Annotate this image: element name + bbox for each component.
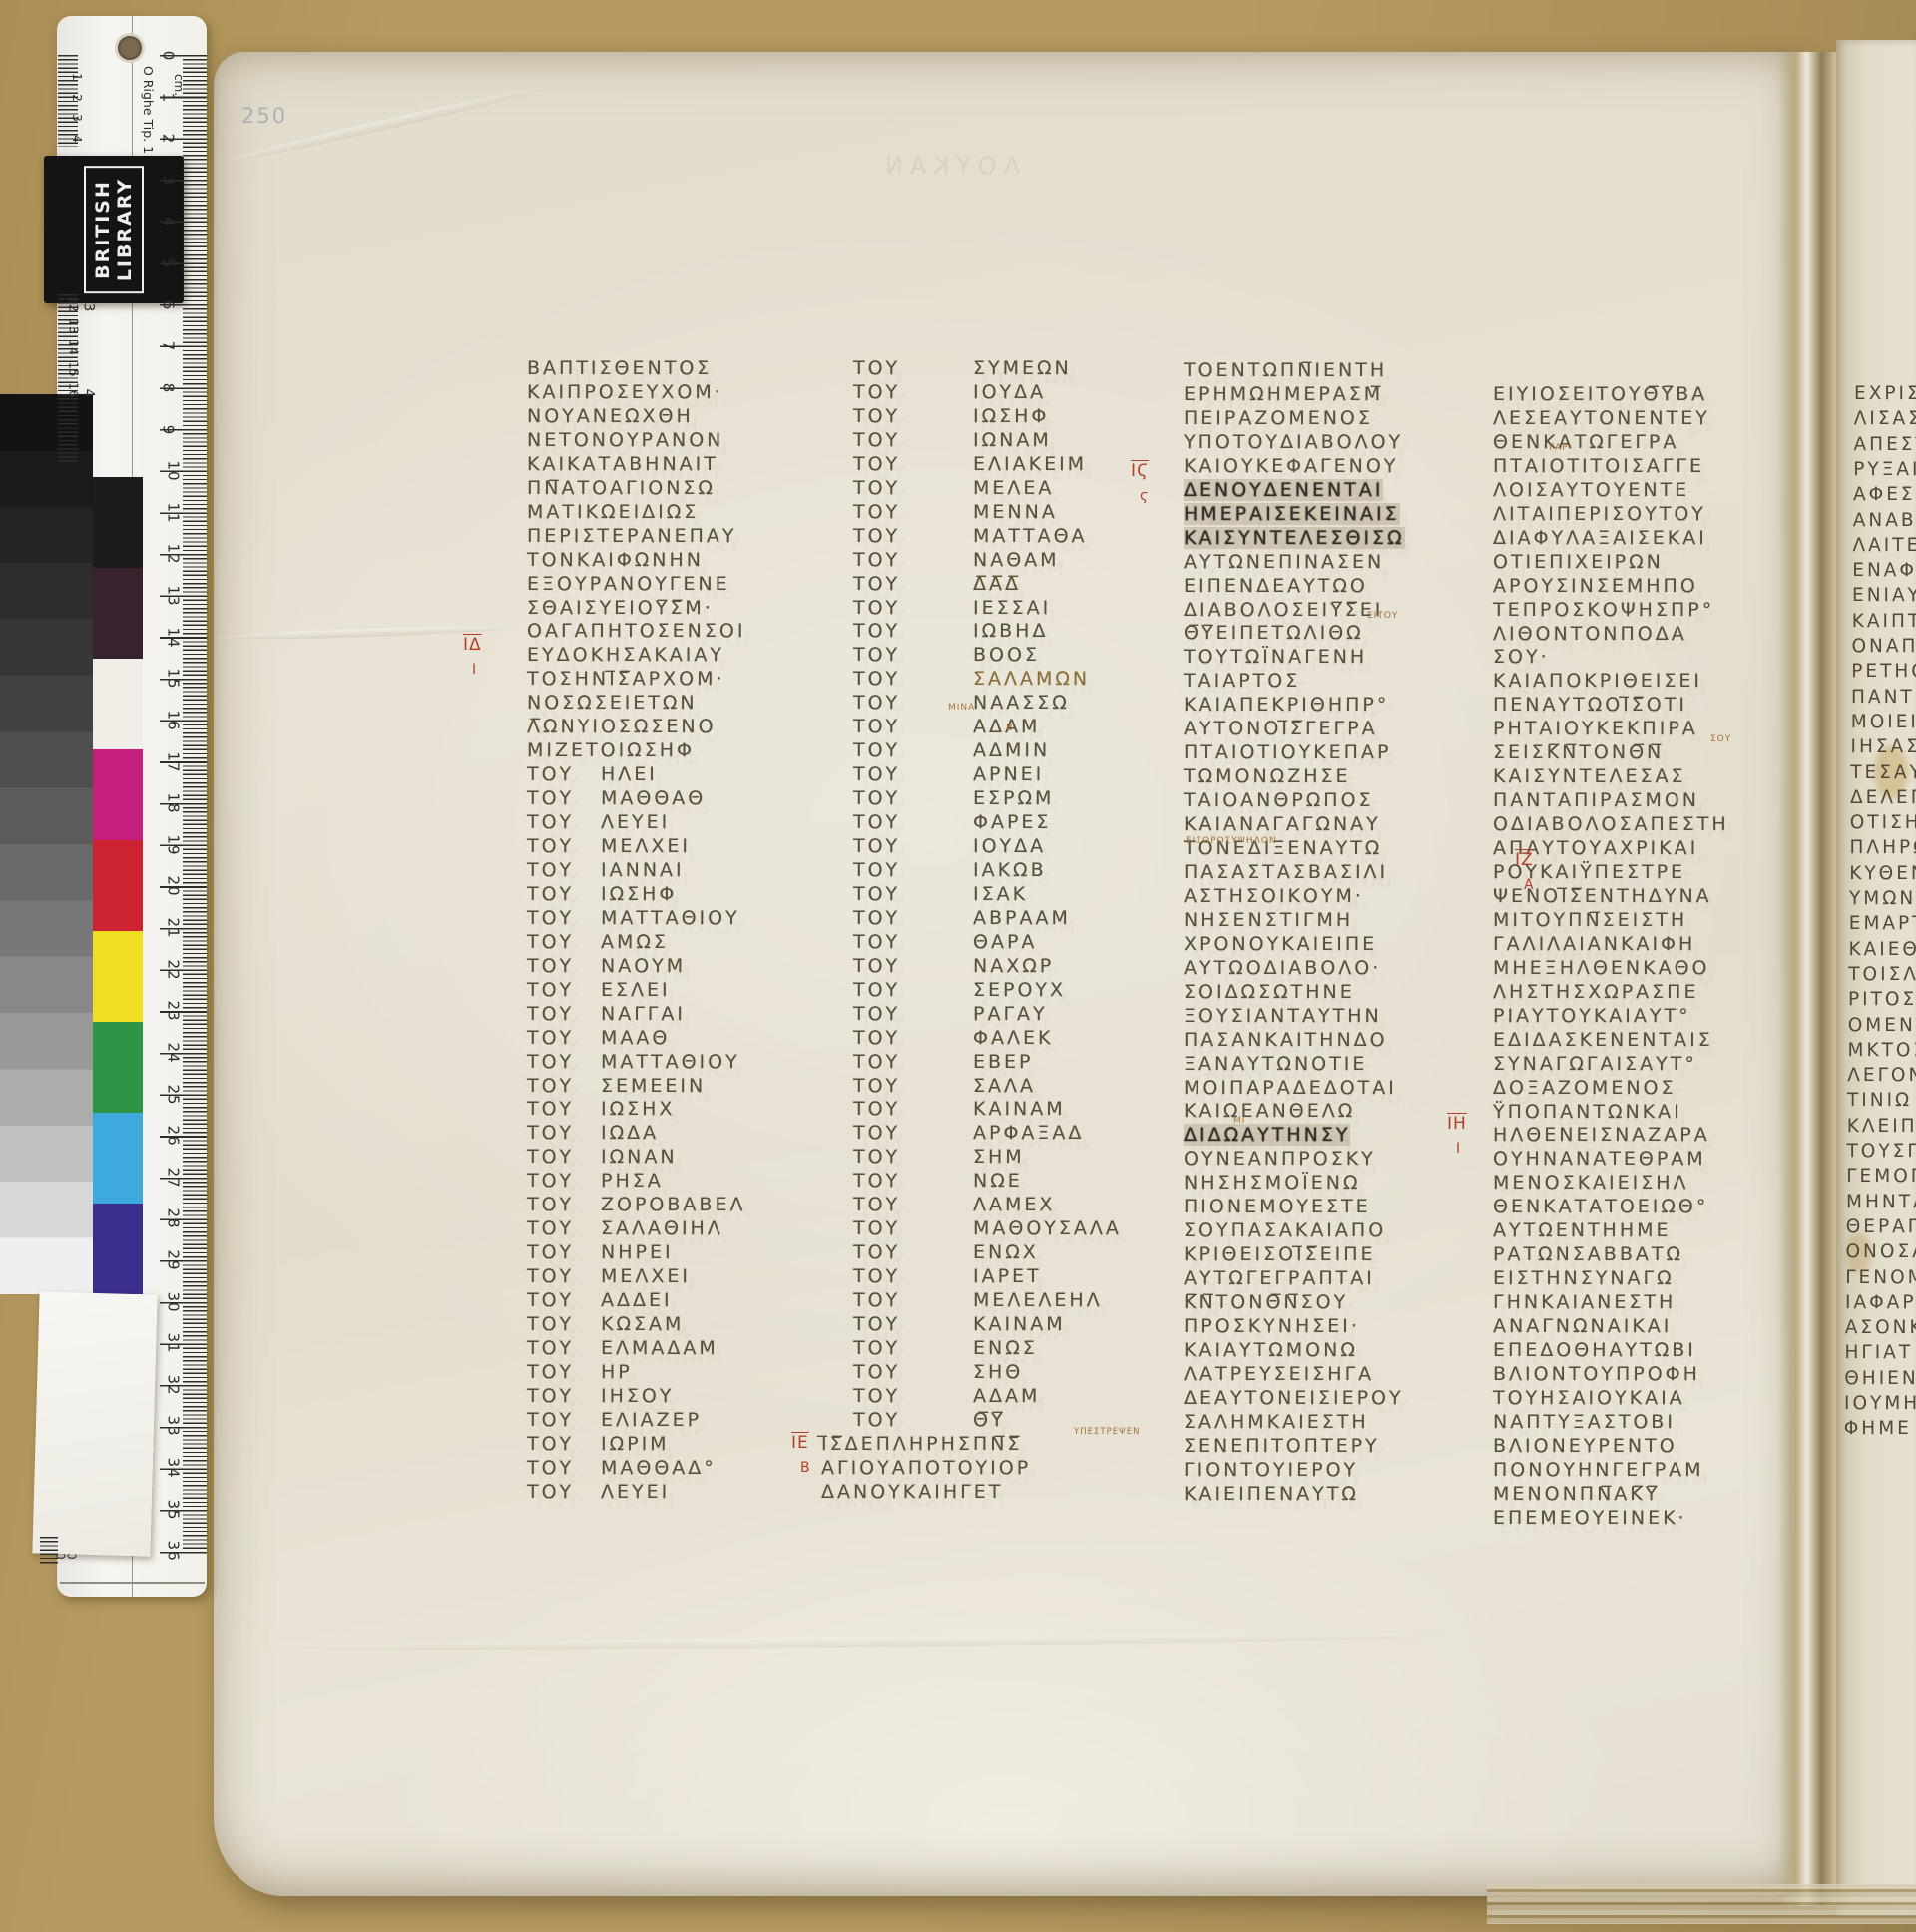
manuscript-text-line: ΤΟΥΗΡ xyxy=(527,1361,574,1383)
manuscript-text-line: ΕΙΥΙΟΣΕΙΤΟΥΘ̅Υ̅ΒΑ xyxy=(1493,383,1707,405)
next-folio-text-fragment: ΤΟΙΣΛΟ xyxy=(1848,964,1916,985)
manuscript-text-line: ΛΕΣΕΑΥΤΟΝΕΝΤΕΥ xyxy=(1493,407,1710,429)
manuscript-text-line: ΤΟΥΘΑΡΑ xyxy=(853,931,900,953)
manuscript-text-line: ΤΟΥΗΣΑΙΟΥΚΑΙΑ xyxy=(1493,1387,1685,1409)
manuscript-text-line: ΤΟΥΡΗΣΑ xyxy=(527,1170,574,1192)
next-folio-text-fragment: ΦΗΜΕ xyxy=(1844,1418,1912,1439)
grayscale-wedge xyxy=(0,394,93,1294)
manuscript-text-line: ΤΟΥΜΑΘΟΥΣΑΛΑ xyxy=(853,1217,900,1239)
color-patch xyxy=(93,1113,143,1204)
next-folio-text-fragment: ΛΑΙΤΕΘ xyxy=(1853,535,1916,556)
next-folio-text-fragment: ΡΙΤΟΣΤ xyxy=(1848,989,1916,1010)
manuscript-text-line: ΝΗΣΗΣΜΟΪΕΝΩ xyxy=(1184,1172,1361,1194)
manuscript-text-line: ΤΟΥΡΑΓΑΥ xyxy=(853,1003,900,1025)
british-library-label-text: BRITISHLIBRARY xyxy=(84,166,144,293)
manuscript-text-line: ΤΟΥΜΕΝΝΑ xyxy=(853,501,900,523)
manuscript-text-line: Λ̅ΩΝΥΙΟΣΩΣΕΝΟ xyxy=(527,716,717,737)
next-folio-text-fragment: ΗΓΙΑΤ xyxy=(1845,1342,1914,1363)
manuscript-text-line: ΚΑΙΑΥΤΩΜΟΝΩ xyxy=(1184,1339,1358,1361)
ruler-cm-number: 18 xyxy=(165,793,183,814)
color-patch xyxy=(93,568,143,659)
ruler-left-number: 2 xyxy=(70,94,84,102)
next-folio-text-fragment: ΕΧΡΙΣΕ xyxy=(1854,383,1916,404)
ruler-left-segment-number: 3 xyxy=(80,303,96,312)
manuscript-photo: O Righe Tip. 1 2080 BRITISHLIBRARY ΒΑΠΤΙ… xyxy=(0,0,1916,1932)
next-folio-text-fragment: ΑΝΑΒΛ xyxy=(1853,510,1916,531)
ruler-left-number: 12 xyxy=(67,296,81,311)
ruler-cm-number: 20 xyxy=(165,876,183,897)
next-folio-text-fragment: ΤΙΝΙΩ xyxy=(1847,1090,1912,1111)
manuscript-text-line: ΓΗΝΚΑΙΑΝΕΣΤΗ xyxy=(1493,1291,1676,1313)
manuscript-text-line: ΤΟΥΚΑΙΝΑΜ xyxy=(853,1098,900,1120)
manuscript-text-line: ΤΟΥΣΗΜ xyxy=(853,1146,900,1168)
eusebian-canon-number: Β xyxy=(800,1460,810,1476)
manuscript-text-line: ΤΟΥΙΑΝΝΑΙ xyxy=(527,859,574,881)
manuscript-text-line: ΑΣΤΗΣΟΙΚΟΥΜ· xyxy=(1184,885,1364,907)
manuscript-text-line: ΤΟΥΙΩΣΗΦ xyxy=(527,883,574,905)
manuscript-text-line: ΣΕΝΕΠΙΤΟΠΤΕΡΥ xyxy=(1184,1435,1380,1457)
manuscript-text-line: ΤΟΥΕΛΙΑΖΕΡ xyxy=(527,1409,574,1431)
ruler-left-number: 4 xyxy=(70,135,84,143)
manuscript-text-line: ΤΟΥΙΩΔΑ xyxy=(527,1122,574,1144)
show-through-running-title: ΛΟΥΚΑΝ xyxy=(878,152,1020,180)
manuscript-text-line: ΔΙΔΩΑΥΤΗΝΣΥ xyxy=(1184,1124,1350,1146)
manuscript-text-line: ΠΑΣΑΝΚΑΙΤΗΝΔΟ xyxy=(1184,1029,1388,1051)
next-folio-text-fragment: ΛΕΓΟΝ xyxy=(1847,1065,1916,1086)
ruler-cm-number: 14 xyxy=(165,627,183,648)
next-folio-text-fragment: ΤΟΥΣΠΑ xyxy=(1847,1141,1916,1162)
manuscript-text-line: ΤΟΥΜΑΘΘΑΔ° xyxy=(527,1457,574,1479)
manuscript-text-line: ΤΟΥΙΩΒΗΔ xyxy=(853,620,900,642)
manuscript-text-line: ΤΟΥΕΣΡΩΜ xyxy=(853,787,900,809)
manuscript-text-line: ΜΕΝΟΝΠΝ̅ΑΚ̅Υ̅ xyxy=(1493,1483,1660,1505)
ruler-cm-number: 3 xyxy=(159,176,177,187)
manuscript-text-line: ΑΡΟΥΣΙΝΣΕΜΗΠΟ xyxy=(1493,575,1698,597)
ruler-cm-number: 35 xyxy=(165,1499,183,1520)
manuscript-text-line: ΚΑΙΟΥΚΕΦΑΓΕΝΟΥ xyxy=(1184,455,1398,477)
ruler-left-label: O Righe Tip. 1 xyxy=(141,66,156,80)
ruler-cm-number: 8 xyxy=(159,383,177,394)
next-folio-text-fragment: ΚΛΕΙΠ xyxy=(1847,1116,1916,1137)
manuscript-text-line: ΑΥΤΩΝΕΠΙΝΑΣΕΝ xyxy=(1184,551,1384,573)
manuscript-text-line: ΚΑΙΚΑΤΑΒΗΝΑΙΤ xyxy=(527,453,718,475)
ruler-cm-number: 15 xyxy=(165,669,183,690)
ruler-left-number: 14 xyxy=(67,339,81,354)
ruler-cm-number: 27 xyxy=(165,1167,183,1188)
ruler-cm-number: 21 xyxy=(165,917,183,938)
manuscript-text-line: ΜΙΖΕΤΟΙΩΣΗΦ xyxy=(527,739,695,761)
manuscript-text-line: ΒΛΙΟΝΤΟΥΠΡΟΦΗ xyxy=(1493,1363,1700,1385)
manuscript-text-line: ΝΗΣΕΝΣΤΙΓΜΗ xyxy=(1184,909,1353,931)
ruler-cm-number: 13 xyxy=(165,586,183,607)
manuscript-text-line: ΜΑΤΙΚΩΕΙΔΙΩΣ xyxy=(527,501,699,523)
manuscript-text-line: ΠΤΑΙΟΤΙΤΟΙΣΑΓΓΕ xyxy=(1493,455,1704,477)
manuscript-text-line: ΤΟΥΙΟΥΔΑ xyxy=(853,835,900,857)
color-patch xyxy=(93,1022,143,1113)
manuscript-text-line: ΘΕΝΚΑΤΑΤΟΕΙΩΘ° xyxy=(1493,1196,1708,1217)
eusebian-section-number: ΙΔ xyxy=(463,635,482,655)
manuscript-text-line: ΜΗΕΞΗΛΘΕΝΚΑΘΟ xyxy=(1493,957,1710,979)
ruler-cm-number: 22 xyxy=(165,959,183,980)
next-folio-text-fragment: ΘΕΡΑΠΕ xyxy=(1846,1216,1916,1237)
manuscript-text-line: ΤΟΥΕΝΩΣ xyxy=(853,1337,900,1359)
manuscript-text-line: ΕΙΣΤΗΝΣΥΝΑΓΩ xyxy=(1493,1267,1675,1289)
manuscript-text-line: ΟΥΝΕΑΝΠΡΟΣΚΥ xyxy=(1184,1148,1376,1170)
manuscript-text-line: ΟΤΙΕΠΙΧΕΙΡΩΝ xyxy=(1493,551,1664,573)
ruler-cm-number: 33 xyxy=(165,1416,183,1437)
manuscript-text-line: ΤΟΥΙΩΡΙΜ xyxy=(527,1433,574,1455)
next-folio-text-fragment: ΚΑΙΠΤ xyxy=(1852,611,1916,632)
manuscript-text-line: ΤΟΥΜΕΛΕΑ xyxy=(853,477,900,499)
manuscript-text-line: ΕΔΙΔΑΣΚΕΝΕΝΤΑΙΣ xyxy=(1493,1029,1713,1051)
manuscript-text-line: ΤΟΥΙΟΥΔΑ xyxy=(853,381,900,403)
manuscript-text-line: ΡΗΤΑΙΟΥΚΕΚΠΙΡΑ xyxy=(1493,718,1698,739)
manuscript-text-line: ΚΑΙΑΠΟΚΡΙΘΕΙΣΕΙ xyxy=(1493,670,1702,692)
manuscript-text-line: ΣΘΑΙΣΥΕΙΟΥ̅Σ̅Μ· xyxy=(527,597,714,619)
ruler-left-number: 16 xyxy=(67,382,81,397)
manuscript-text-line: ΤΟΥΙΑΡΕΤ xyxy=(853,1265,900,1287)
manuscript-text-line: ΕΡΗΜΩΗΜΕΡΑΣΜ̅ xyxy=(1184,383,1383,405)
manuscript-text-line: ΛΙΤΑΙΠΕΡΙΣΟΥΤΟΥ xyxy=(1493,503,1706,525)
ruler-unit-label: cm. xyxy=(172,74,186,96)
manuscript-text-line: ΤΟΥΔ̅Α̅Δ̅ xyxy=(853,573,900,595)
corrector-note: ΥΠΕΣΤΡΕΨΕΝ xyxy=(1074,1427,1140,1437)
manuscript-text-line: ΤΟΥΑΜΩΣ xyxy=(527,931,574,953)
manuscript-text-line: ΤΟΥΜΕΛΧΕΙ xyxy=(527,1265,574,1287)
next-folio-text-fragment: ΑΣΟΝΚ xyxy=(1845,1317,1916,1338)
manuscript-text-line: ΜΕΝΟΣΚΑΙΕΙΣΗΛ xyxy=(1493,1172,1689,1194)
manuscript-text-line: ΤΟΥΕΣΛΕΙ xyxy=(527,979,574,1001)
manuscript-text-line: ΔΙΑΒΟΛΟΣΕΙΥ̅Σ̅ΕΙ xyxy=(1184,599,1383,621)
next-folio-text-fragment: ΚΥΘΕΝ xyxy=(1849,863,1916,884)
manuscript-text-line: ΞΑΝΑΥΤΩΝΟΤΙΕ xyxy=(1184,1053,1367,1075)
manuscript-text-line: ΤΟΥΣΕΜΕΕΙΝ xyxy=(527,1075,574,1097)
manuscript-text-line: ΤΟΥΙΩΣΗΦ xyxy=(853,405,900,427)
manuscript-text-line: ΠΕΙΡΑΖΟΜΕΝΟΣ xyxy=(1184,407,1373,429)
manuscript-text-line: ΤΟΥΑΔΑΜ xyxy=(853,1385,900,1407)
manuscript-text-line: ΠΕΝΑΥΤΩΟΙ̅Σ̅ΟΤΙ xyxy=(1493,694,1687,716)
manuscript-text-line: ΔΕΑΥΤΟΝΕΙΣΙΕΡΟΥ xyxy=(1184,1387,1404,1409)
manuscript-text-line: ΑΥΤΟΝΟΙ̅Σ̅ΓΕΓΡΑ xyxy=(1184,718,1378,739)
manuscript-text-line: ΣΟΥΠΑΣΑΚΑΙΑΠΟ xyxy=(1184,1219,1386,1241)
eusebian-canon-number: ϛ xyxy=(1140,488,1148,504)
ruler-cm-number: 9 xyxy=(159,424,177,435)
manuscript-text-line: ΕΙΠΕΝΔΕΑΥΤΩΟ xyxy=(1184,575,1368,597)
manuscript-text-line: ΛΙΘΟΝΤΟΝΠΟΔΑ xyxy=(1493,623,1687,645)
manuscript-text-line: ΤΕΠΡΟΣΚΟΨΗΣΠΡ° xyxy=(1493,599,1714,621)
manuscript-text-line: ΤΟΥΙΩΣΗΧ xyxy=(527,1098,574,1120)
manuscript-text-line: ΤΩΜΟΝΩΖΗΣΕ xyxy=(1184,765,1351,787)
manuscript-text-line: ΤΟΕΝΤΩΠΝ̅ΙΕΝΤΗ xyxy=(1184,359,1387,381)
manuscript-text-line: ΤΟΥΜΑΤΤΑΘΙΟΥ xyxy=(527,1051,574,1073)
manuscript-text-line: ΤΟΥΙΕΣΣΑΙ xyxy=(853,597,900,619)
manuscript-text-line: ΣΕΙΣΚ̅Ν̅ΤΟΝΘ̅Ν̅ xyxy=(1493,741,1664,763)
corrector-note: ΕΙΣΟΡΟΣΥΨΗΛΟΝ xyxy=(1186,836,1277,846)
manuscript-text-line: ΤΟΥΙΗΣΟΥ xyxy=(527,1385,574,1407)
next-folio-text-fragment: ΔΕΛΕΓΙ xyxy=(1850,787,1916,808)
manuscript-text-line: ΤΟΥΝΗΡΕΙ xyxy=(527,1241,574,1263)
manuscript-text-line: ΛΟΙΣΑΥΤΟΥΕΝΤΕ xyxy=(1493,479,1689,501)
next-folio-text-fragment: ΜΚΤΟΣΑ xyxy=(1848,1040,1916,1061)
manuscript-text-line: ΝΑΠΤΥΞΑΣΤΟΒΙ xyxy=(1493,1411,1676,1433)
manuscript-text-line: ΚΑΙΕΙΠΕΝΑΥΤΩ xyxy=(1184,1483,1359,1505)
ruler-cm-number: 10 xyxy=(165,461,183,482)
stacked-page-edges xyxy=(1487,1884,1916,1924)
ruler-cm-number: 28 xyxy=(165,1208,183,1229)
manuscript-text-line: ΑΥΤΩΓΕΓΡΑΠΤΑΙ xyxy=(1184,1267,1375,1289)
ruler-cm-number: 5 xyxy=(159,258,177,269)
manuscript-text-line: ΤΟΥΕΒΕΡ xyxy=(853,1051,900,1073)
manuscript-text-line: ΧΡΟΝΟΥΚΑΙΕΙΠΕ xyxy=(1184,933,1377,955)
ruler-cm-number: 32 xyxy=(165,1374,183,1395)
next-folio-text-fragment: ΚΑΙΕΘΑ xyxy=(1849,939,1916,960)
manuscript-text-line: ΤΟΥΝΩΕ xyxy=(853,1170,900,1192)
manuscript-text-line: ΤΟΥΚΩΣΑΜ xyxy=(527,1313,574,1335)
manuscript-text-line: ΚΑΙΣΥΝΤΕΛΕΣΘΙΣΩ xyxy=(1184,527,1405,549)
manuscript-text-line: ΑΝΑΓΝΩΝΑΙΚΑΙ xyxy=(1493,1315,1672,1337)
manuscript-text-line: ΑΥΤΩΟΔΙΑΒΟΛΟ· xyxy=(1184,957,1381,979)
manuscript-text-line: ΤΟΥΙΑΚΩΒ xyxy=(853,859,900,881)
manuscript-text-line: ΝΕΤΟΝΟΥΡΑΝΟΝ xyxy=(527,429,723,451)
manuscript-text-line: ΠΤΑΙΟΤΙΟΥΚΕΠΑΡ xyxy=(1184,741,1391,763)
manuscript-text-line: ΤΟΥΛΑΜΕΧ xyxy=(853,1194,900,1215)
ruler-cm-number: 11 xyxy=(165,502,183,523)
next-folio-text-fragment: ΡΥΞΑΙΑ xyxy=(1853,459,1916,480)
color-patch xyxy=(93,659,143,749)
manuscript-text-line: ΔΑΝΟΥΚΑΙΗΓΕΤ xyxy=(821,1481,1003,1503)
manuscript-text-line: ΠΟΝΟΥΗΝΓΕΓΡΑΜ xyxy=(1493,1459,1704,1481)
manuscript-text-line: ΤΟΥΒΟΟΣ xyxy=(853,644,900,666)
manuscript-text-line: ΑΥΤΩΕΝΤΗΗΜΕ xyxy=(1493,1219,1672,1241)
manuscript-text-line: ΤΟΥΣΑΛΑΜΩΝ xyxy=(853,668,900,690)
manuscript-text-line: ΒΛΙΟΝΕΥΡΕΝΤΟ xyxy=(1493,1435,1677,1457)
next-folio-text-fragment: ΟΜΕΝΟ xyxy=(1848,1015,1916,1036)
eusebian-section-number: ΙΕ xyxy=(791,1433,809,1453)
ruler-cm-number: 26 xyxy=(165,1126,183,1147)
manuscript-text-line: ΘΕΝΚΑΤΩΓΕΓΡΑ xyxy=(1493,431,1678,453)
manuscript-text-line: ΤΟΥΜΑΤΤΑΘΙΟΥ xyxy=(527,907,574,929)
next-folio-text-fragment: ΕΝΑΦΕ xyxy=(1852,560,1916,581)
manuscript-text-line: ΤΟΥΣΑΛΑ xyxy=(853,1075,900,1097)
ruler-cm-number: 30 xyxy=(165,1291,183,1312)
manuscript-text-line: ΤΟΥΗΛΕΙ xyxy=(527,763,574,785)
manuscript-text-line: ΤΟΥΜΑΑΘ xyxy=(527,1027,574,1049)
eusebian-canon-number: Α xyxy=(1524,877,1534,893)
manuscript-text-line: ΚΡΙΘΕΙΣΟΙ̅Σ̅ΕΙΠΕ xyxy=(1184,1243,1376,1265)
ruler-cm-number: 25 xyxy=(165,1084,183,1105)
corrector-note: Β xyxy=(1006,723,1014,733)
manuscript-text-line: ΒΑΠΤΙΣΘΕΝΤΟΣ xyxy=(527,357,712,379)
manuscript-text-line: ΝΟΥΑΝΕΩΧΘΗ xyxy=(527,405,694,427)
next-folio-text-fragment: ΙΟΥΜΗ xyxy=(1844,1393,1916,1414)
manuscript-text-line: ΤΟΝΚΑΙΦΩΝΗΝ xyxy=(527,549,704,571)
eusebian-canon-number: Ι xyxy=(472,662,476,678)
manuscript-text-line: ΕΠΕΜΕΟΥΕΙΝΕΚ· xyxy=(1493,1507,1687,1529)
ruler-cm-number: 7 xyxy=(159,341,177,352)
manuscript-text-line: ΤΟΥΣΗΘ xyxy=(853,1361,900,1383)
next-folio-text-fragment: ΜΗΝΤΑ xyxy=(1846,1192,1916,1212)
manuscript-text-line: ΤΟΥΤΩΪΝΑΓΕΝΗ xyxy=(1184,646,1367,668)
manuscript-text-line: ΤΟΥΜΑΘΘΑΘ xyxy=(527,787,574,809)
manuscript-text-line: ΤΟΥΑΔΜΙΝ xyxy=(853,739,900,761)
manuscript-text-line: ΑΓΙΟΥΑΠΟΤΟΥΙΟΡ xyxy=(821,1457,1031,1479)
manuscript-text-line: ΤΟΥΑΔΔΕΙ xyxy=(527,1289,574,1311)
manuscript-text-line: ΗΜΕΡΑΙΣΕΚΕΙΝΑΙΣ xyxy=(1184,503,1400,525)
manuscript-text-line: ΚΑΙΑΝΑΓΑΓΩΝΑΥ xyxy=(1184,813,1381,835)
next-folio-text-fragment: ΓΕΝΟΜ xyxy=(1845,1267,1916,1288)
eusebian-section-number: ΙΗ xyxy=(1447,1114,1467,1134)
manuscript-text-line: ΤΟΥΝΑΟΥΜ xyxy=(527,955,574,977)
manuscript-text-line: ΤΟΥΦΑΛΕΚ xyxy=(853,1027,900,1049)
manuscript-text-line: ΠΙΟΝΕΜΟΥΕΣΤΕ xyxy=(1184,1196,1371,1217)
ruler-left-number: 13 xyxy=(67,318,81,333)
manuscript-text-line: ΠΑΣΑΣΤΑΣΒΑΣΙΛΙ xyxy=(1184,861,1388,883)
next-folio-text-fragment: ΙΗΣΑΣ xyxy=(1851,736,1916,757)
manuscript-text-line: ΔΟΞΑΖΟΜΕΝΟΣ xyxy=(1493,1077,1676,1099)
manuscript-text-line: ΓΙΟΝΤΟΥΙΕΡΟΥ xyxy=(1184,1459,1358,1481)
color-patch xyxy=(93,840,143,931)
manuscript-text-line: ΤΟΥΖΟΡΟΒΑΒΕΛ xyxy=(527,1194,574,1215)
white-paper-tag xyxy=(32,1291,157,1556)
ruler-cm-number: 0 xyxy=(159,51,177,62)
manuscript-text-line: ΝΟΣΩΣΕΙΕΤΩΝ xyxy=(527,692,698,714)
color-patch xyxy=(93,931,143,1022)
corrector-note: ΕΙΤΟΥ xyxy=(1367,611,1398,621)
corrector-note: ΜΙ xyxy=(1233,1116,1245,1126)
next-folio-text-fragment: ΜΟΙΕΙ xyxy=(1851,712,1916,732)
manuscript-text-line: ΕΥΔΟΚΗΣΑΚΑΙΑΥ xyxy=(527,644,724,666)
next-folio-text-fragment: ΥΜΩΝ xyxy=(1849,888,1916,909)
manuscript-text-line: ΤΑΙΑΡΤΟΣ xyxy=(1184,670,1300,692)
manuscript-text-line: ΤΟΥΛΕΥΕΙ xyxy=(527,811,574,833)
manuscript-text-line: ΜΙΤΟΥΠΝ̅ΣΕΙΣΤΗ xyxy=(1493,909,1687,931)
manuscript-text-line: ΤΑΙΟΑΝΘΡΩΠΟΣ xyxy=(1184,789,1374,811)
eusebian-section-number: ΙΖ xyxy=(1515,850,1534,870)
manuscript-text-line: ΤΟΥΑΡΦΑΞΑΔ xyxy=(853,1122,900,1144)
ruler-cm-number: 19 xyxy=(165,834,183,855)
ruler-left-ticks-bottom xyxy=(40,1537,58,1565)
next-folio-text-fragment: ΠΛΗΡΩ xyxy=(1850,837,1916,858)
ruler-cm-number: 12 xyxy=(165,544,183,565)
manuscript-text-line: ΔΙΑΦΥΛΑΞΑΙΣΕΚΑΙ xyxy=(1493,527,1707,549)
ruler-cm-number: 31 xyxy=(165,1333,183,1354)
manuscript-text-line: ΛΗΣΤΗΣΧΩΡΑΣΠΕ xyxy=(1493,981,1698,1003)
ruler-cm-number: 2 xyxy=(159,134,177,145)
manuscript-text-line: ΠΕΡΙΣΤΕΡΑΝΕΠΑΥ xyxy=(527,525,737,547)
next-folio-text-fragment: ΟΝΟΣΑ xyxy=(1846,1241,1916,1262)
manuscript-text-line: ΡΙΑΥΤΟΥΚΑΙΑΥΤ° xyxy=(1493,1005,1691,1027)
ruler-cm-number: 34 xyxy=(165,1458,183,1479)
ruler-cm-number: 36 xyxy=(165,1541,183,1562)
manuscript-text-line: ΤΟΥΑΔΑΜ xyxy=(853,716,900,737)
corrector-note: ΜΙΝΑ xyxy=(948,703,975,713)
manuscript-text-line: ΕΞΟΥΡΑΝΟΥΓΕΝΕ xyxy=(527,573,730,595)
manuscript-text-line: ΤΟΥΑΒΡΑΑΜ xyxy=(853,907,900,929)
manuscript-text-line: ΔΕΝΟΥΔΕΝΕΝΤΑΙ xyxy=(1184,479,1383,501)
ruler-cm-number: 29 xyxy=(165,1249,183,1270)
manuscript-text-line: ΤΟΥΜΕΛΕΛΕΗΛ xyxy=(853,1289,900,1311)
manuscript-text-line: ΤΟΥΣΑΛΑΘΙΗΛ xyxy=(527,1217,574,1239)
next-folio-text-fragment: ΛΙΣΑΣΘ xyxy=(1854,408,1916,429)
eusebian-canon-number: Ι xyxy=(1456,1141,1460,1157)
manuscript-text-line: ΤΟΥΦΑΡΕΣ xyxy=(853,811,900,833)
manuscript-text-line: ΜΟΙΠΑΡΑΔΕΔΟΤΑΙ xyxy=(1184,1077,1397,1099)
manuscript-text-line: ΤΟΥΝΑΓΓΑΙ xyxy=(527,1003,574,1025)
next-folio-text-fragment: ΕΝΙΑΥΤ xyxy=(1852,585,1916,606)
next-folio-text-fragment: ΕΜΑΡΤΥ xyxy=(1849,913,1916,934)
manuscript-text-line: ΤΟΥΚΑΙΝΑΜ xyxy=(853,1313,900,1335)
next-folio-text-fragment: ΙΑΦΑΡΝ xyxy=(1845,1292,1916,1313)
ruler-cm-number: 16 xyxy=(165,710,183,730)
manuscript-text-line: ΚΑΙΣΥΝΤΕΛΕΣΑΣ xyxy=(1493,765,1686,787)
manuscript-text-line: ΤΟΥΕΛΙΑΚΕΙΜ xyxy=(853,453,900,475)
manuscript-text-line: ΤΟΥΜΑΤΤΑΘΑ xyxy=(853,525,900,547)
next-folio-text-fragment: ΟΤΙΣΗΜ xyxy=(1850,812,1916,833)
manuscript-text-line: ΤΟΥΙΩΝΑΜ xyxy=(853,429,900,451)
ruler-left-segment-number: 4 xyxy=(80,389,96,398)
manuscript-text-line: ΣΥΝΑΓΩΓΑΙΣΑΥΤ° xyxy=(1493,1053,1697,1075)
manuscript-text-line: ΤΟΥΙΩΝΑΝ xyxy=(527,1146,574,1168)
manuscript-text-line: ΣΟΙΔΩΣΩΤΗΝΕ xyxy=(1184,981,1355,1003)
corrector-note: ΓΑΡ xyxy=(1549,443,1569,453)
manuscript-text-line: ΤΟΥΕΛΜΑΔΑΜ xyxy=(527,1337,574,1359)
corrector-note: ΣΟΥ xyxy=(1710,734,1731,744)
ruler-left-number: 1 xyxy=(70,73,84,81)
ruler-cm-number: 23 xyxy=(165,1001,183,1022)
page-fold-shadow xyxy=(1778,52,1840,1906)
manuscript-text-line: ΤΟΥΑΡΝΕΙ xyxy=(853,763,900,785)
next-folio-text-fragment: ΟΝΑΠΟ xyxy=(1852,636,1916,657)
next-folio-text-fragment: ΑΦΕΣΙΝ xyxy=(1853,484,1916,505)
manuscript-text-line: ΕΠΕΔΟΘΗΑΥΤΩΒΙ xyxy=(1493,1339,1696,1361)
next-folio-text-fragment: ΘΗΙΕΝΑ xyxy=(1844,1368,1916,1389)
manuscript-text-line: ΚΑΙΩΕΑΝΘΕΛΩ xyxy=(1184,1100,1355,1122)
manuscript-text-line: ΚΑΙΑΠΕΚΡΙΘΗΠΡ° xyxy=(1184,694,1389,716)
manuscript-text-line: ΣΑΛΗΜΚΑΙΕΣΤΗ xyxy=(1184,1411,1369,1433)
next-folio-text-fragment: ΠΑΝΤΕ xyxy=(1851,687,1916,708)
color-patch-strip xyxy=(93,477,143,1294)
ruler-left-number: 3 xyxy=(70,114,84,122)
eusebian-section-number: ΙϚ xyxy=(1131,461,1149,481)
manuscript-text-line: ΞΟΥΣΙΑΝΤΑΥΤΗΝ xyxy=(1184,1005,1382,1027)
manuscript-text-line: ΣΟΥ· xyxy=(1493,646,1550,668)
next-folio-text-fragment: ΓΕΜΟΠ xyxy=(1846,1166,1916,1187)
manuscript-text-line: ΥΠΟΤΟΥΔΙΑΒΟΛΟΥ xyxy=(1184,431,1403,453)
manuscript-text-line: ΤΟΥΛΕΥΕΙ xyxy=(527,1481,574,1503)
manuscript-text-line: ΠΡΟΣΚΥΝΗΣΕΙ· xyxy=(1184,1315,1360,1337)
manuscript-text-line: ΡΑΤΩΝΣΑΒΒΑΤΩ xyxy=(1493,1243,1683,1265)
manuscript-text-line: ΤΟΥΙΣΑΚ xyxy=(853,883,900,905)
manuscript-text-line: ΠΝ̅ΑΤΟΑΓΙΟΝΣΩ xyxy=(527,477,716,499)
manuscript-text-line: Ι̅Σ̅ΔΕΠΛΗΡΗΣΠΝ̅Σ̅ xyxy=(821,1433,1022,1455)
ruler-left-number: 15 xyxy=(67,361,81,376)
color-patch xyxy=(93,749,143,840)
manuscript-text-line: ΟΔΙΑΒΟΛΟΣΑΠΕΣΤΗ xyxy=(1493,813,1729,835)
manuscript-text-line: ΤΟΥΝΑΑΣΣΩ xyxy=(853,692,900,714)
ruler-cm-number: 17 xyxy=(165,751,183,772)
manuscript-text-line: ΟΥΗΝΑΝΑΤΕΘΡΑΜ xyxy=(1493,1148,1706,1170)
ruler-cm-number: 24 xyxy=(165,1042,183,1063)
manuscript-text-line: ΤΟΥΜΕΛΧΕΙ xyxy=(527,835,574,857)
manuscript-text-line: ΤΟΥΣΕΡΟΥΧ xyxy=(853,979,900,1001)
manuscript-text-line: ΚΑΙΠΡΟΣΕΥΧΟΜ· xyxy=(527,381,723,403)
manuscript-text-line: ΤΟΥΣΥΜΕΩΝ xyxy=(853,357,900,379)
manuscript-text-line: ΤΟΥΝΑΘΑΜ xyxy=(853,549,900,571)
manuscript-text-line: ΠΑΝΤΑΠΙΡΑΣΜΟΝ xyxy=(1493,789,1699,811)
manuscript-text-line: Θ̅Υ̅ΕΙΠΕΤΩΛΙΘΩ xyxy=(1184,622,1364,644)
manuscript-text-line: ΟΑΓΑΠΗΤΟΣΕΝΣΟΙ xyxy=(527,620,745,642)
color-patch xyxy=(93,477,143,568)
